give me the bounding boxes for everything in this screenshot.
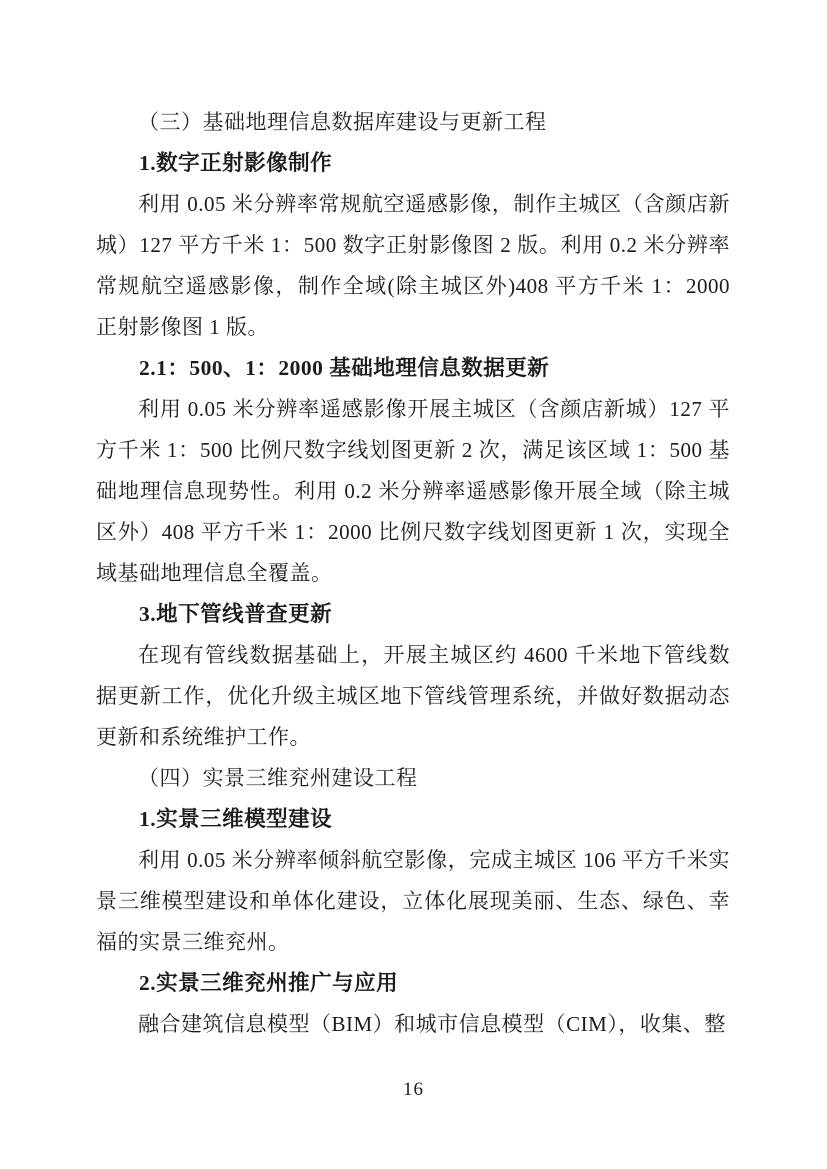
paragraph-bim-cim-integration: 融合建筑信息模型（BIM）和城市信息模型（CIM），收集、整 bbox=[96, 1004, 730, 1045]
heading-item-3-underground-pipeline: 3.地下管线普查更新 bbox=[96, 594, 730, 635]
document-content: （三）基础地理信息数据库建设与更新工程 1.数字正射影像制作 利用 0.05 米… bbox=[96, 102, 730, 1045]
heading-section-4-3d-yanzhou: （四）实景三维兖州建设工程 bbox=[96, 758, 730, 799]
paragraph-3d-model-construction: 利用 0.05 米分辨率倾斜航空影像，完成主城区 106 平方千米实景三维模型建… bbox=[96, 840, 730, 963]
document-page: （三）基础地理信息数据库建设与更新工程 1.数字正射影像制作 利用 0.05 米… bbox=[0, 0, 827, 1169]
heading-item-1-digital-orthophoto: 1.数字正射影像制作 bbox=[96, 143, 730, 184]
heading-item-2-3d-promotion-application: 2.实景三维兖州推广与应用 bbox=[96, 963, 730, 1004]
heading-item-2-basemap-data-update: 2.1：500、1：2000 基础地理信息数据更新 bbox=[96, 348, 730, 389]
page-number: 16 bbox=[0, 1079, 827, 1101]
paragraph-basemap-data-update: 利用 0.05 米分辨率遥感影像开展主城区（含颜店新城）127 平方千米 1：5… bbox=[96, 389, 730, 594]
heading-section-3-geodatabase: （三）基础地理信息数据库建设与更新工程 bbox=[96, 102, 730, 143]
paragraph-underground-pipeline: 在现有管线数据基础上，开展主城区约 4600 千米地下管线数据更新工作，优化升级… bbox=[96, 635, 730, 758]
heading-item-1-3d-model-construction: 1.实景三维模型建设 bbox=[96, 799, 730, 840]
paragraph-orthophoto-production: 利用 0.05 米分辨率常规航空遥感影像，制作主城区（含颜店新城）127 平方千… bbox=[96, 184, 730, 348]
